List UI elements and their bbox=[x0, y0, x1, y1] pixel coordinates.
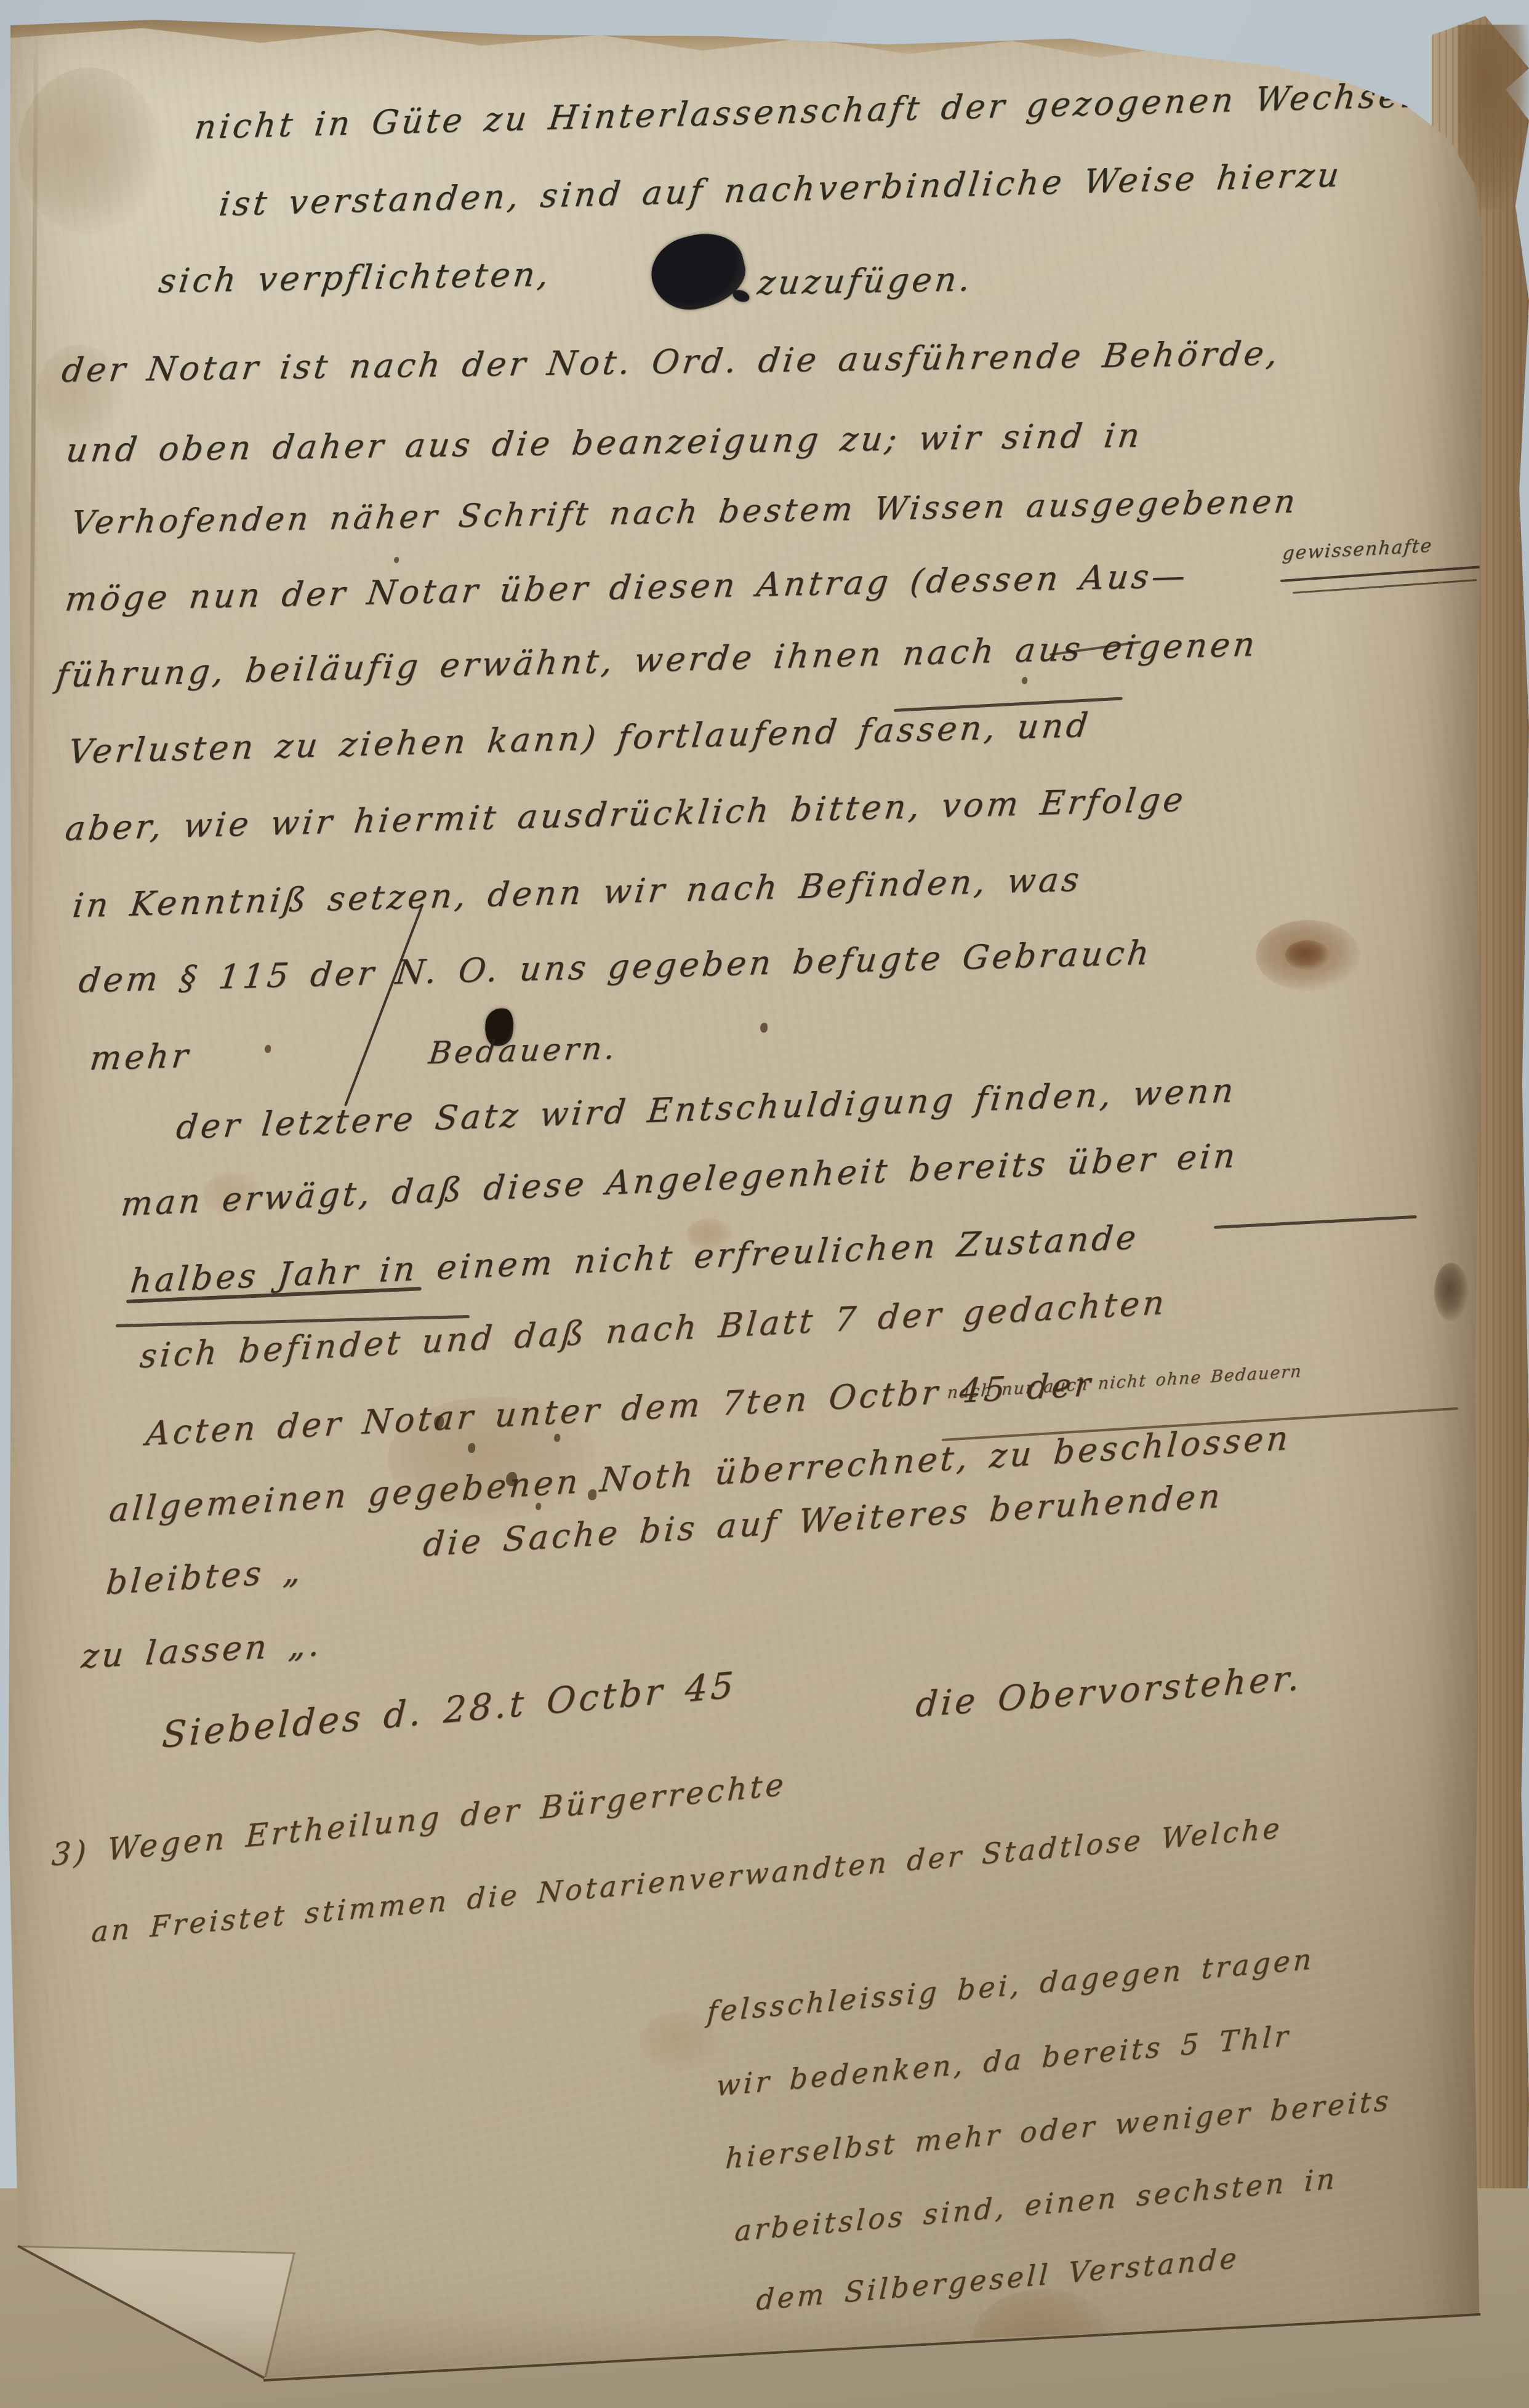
underline-stroke bbox=[1293, 579, 1477, 594]
handwriting-line: der Notar ist nach der Not. Ord. die aus… bbox=[60, 334, 1283, 390]
ink-speck bbox=[588, 1489, 596, 1500]
handwriting-line: sich befindet und daß nach Blatt 7 der g… bbox=[138, 1283, 1168, 1376]
ink-speck bbox=[265, 1045, 271, 1053]
ink-speck bbox=[536, 1503, 541, 1510]
handwriting-line: und oben daher aus die beanzeigung zu; w… bbox=[64, 416, 1145, 470]
ink-speck bbox=[760, 1023, 768, 1033]
ink-speck bbox=[554, 1434, 560, 1442]
stain bbox=[1256, 920, 1360, 991]
ink-speck bbox=[1022, 677, 1027, 684]
handwriting-line: dem Silbergesell Verstande bbox=[755, 2241, 1240, 2316]
vertical-crease bbox=[28, 22, 39, 982]
stain bbox=[686, 1218, 732, 1250]
handwriting-line: der letztere Satz wird Entschuldigung fi… bbox=[174, 1071, 1238, 1146]
handwriting-line: wir bedenken, da bereits 5 Thlr bbox=[715, 2018, 1292, 2102]
handwriting-line: Bedauern. bbox=[427, 1030, 619, 1071]
ink-blot bbox=[483, 1006, 516, 1048]
ink-speck bbox=[468, 1443, 475, 1453]
handwriting-line: man erwägt, daß diese Angelegenheit bere… bbox=[119, 1136, 1240, 1224]
handwriting-line: 3) Wegen Ertheilung der Bürgerrechte bbox=[50, 1766, 787, 1873]
handwriting-line: Acten der Notar unter dem 7ten Octbr 45 … bbox=[144, 1364, 1094, 1453]
stain bbox=[18, 68, 160, 234]
handwriting-line: Siebeldes d. 28.t Octbr 45 bbox=[161, 1663, 737, 1756]
ink-blot bbox=[731, 288, 751, 304]
handwriting-line: an Freistet stimmen die Notarienverwandt… bbox=[90, 1811, 1283, 1949]
ink-blot bbox=[644, 225, 752, 318]
handwriting-line: die Sache bis auf Weiteres beruhenden bbox=[422, 1476, 1224, 1564]
underline-stroke bbox=[894, 697, 1123, 712]
stain bbox=[1434, 1263, 1468, 1321]
stain bbox=[640, 2012, 720, 2071]
page-curl-shadow bbox=[1323, 62, 1485, 2351]
manuscript-page: nicht in Güte zu Hinterlassenschaft der … bbox=[0, 0, 1529, 2408]
handwriting-line: allgemeinen gegebenen Noth überrechnet, … bbox=[108, 1418, 1293, 1530]
handwriting-line: felsschleissig bei, dagegen tragen bbox=[706, 1942, 1315, 2029]
stain bbox=[388, 1397, 597, 1520]
ink-speck bbox=[394, 557, 399, 563]
handwriting-line: nicht in Güte zu Hinterlassenschaft der … bbox=[193, 75, 1454, 147]
handwriting-line: hierselbst mehr oder weniger bereits bbox=[724, 2083, 1392, 2175]
handwriting-line: gewissenhafte bbox=[1282, 535, 1434, 564]
underline-stroke bbox=[942, 1407, 1458, 1441]
underline-stroke bbox=[1049, 641, 1141, 656]
ink-speck bbox=[434, 1415, 444, 1428]
underline-stroke bbox=[1280, 566, 1486, 582]
handwriting-line: mehr bbox=[88, 1036, 193, 1078]
handwriting-line: die Obervorsteher. bbox=[914, 1658, 1304, 1725]
handwriting-line: in Kenntniß setzen, denn wir nach Befind… bbox=[71, 860, 1084, 925]
handwriting-line: dem § 115 der N. O. uns gegeben befugte … bbox=[77, 933, 1154, 1000]
handwriting-line: zu lassen „. bbox=[79, 1624, 324, 1676]
handwriting-line: halbes Jahr in einem nicht erfreulichen … bbox=[129, 1217, 1141, 1300]
handwriting-line: bleibtes „ bbox=[105, 1551, 305, 1602]
underline-stroke bbox=[344, 903, 424, 1106]
handwriting-line: zuzufügen. bbox=[755, 260, 975, 302]
manuscript-photo: nicht in Güte zu Hinterlassenschaft der … bbox=[0, 0, 1529, 2408]
handwriting-line: Verhofenden näher Schrift nach bestem Wi… bbox=[70, 483, 1301, 542]
handwriting-line: sich verpflichteten, bbox=[156, 255, 553, 300]
handwriting-line: arbeitslos sind, einen sechsten in bbox=[734, 2161, 1338, 2247]
handwriting-line: aber, wie wir hiermit ausdrücklich bitte… bbox=[63, 780, 1189, 848]
underline-stroke bbox=[126, 1287, 422, 1303]
stain bbox=[37, 345, 123, 443]
stain bbox=[203, 1172, 262, 1217]
handwriting-line: möge nun der Notar über diesen Antrag (d… bbox=[63, 556, 1190, 618]
stain bbox=[1285, 940, 1330, 970]
handwriting-line: Verlusten zu ziehen kann) fortlaufend fa… bbox=[66, 706, 1093, 772]
handwriting-line: nach nur auch nicht ohne Bedauern bbox=[947, 1362, 1303, 1402]
ink-speck bbox=[506, 1472, 517, 1486]
underline-stroke bbox=[116, 1315, 470, 1327]
handwriting-line: führung, beiläufig erwähnt, werde ihnen … bbox=[54, 625, 1260, 695]
underline-stroke bbox=[1214, 1215, 1417, 1229]
handwriting-line: ist verstanden, sind auf nachverbindlich… bbox=[217, 155, 1344, 223]
